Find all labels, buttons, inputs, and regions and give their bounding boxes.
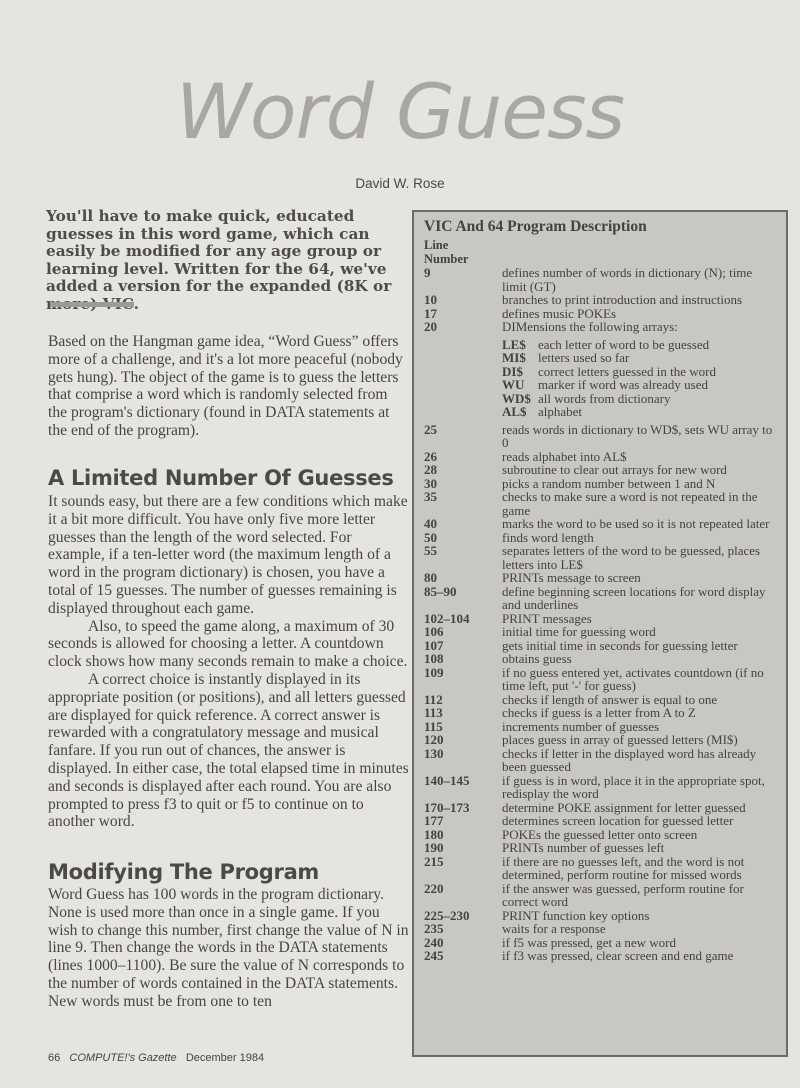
line-row: 9defines number of words in dictionary (…: [424, 266, 778, 293]
intro-text: Based on the Hangman game idea, “Word Gu…: [48, 333, 410, 440]
line-row: 235waits for a response: [424, 922, 778, 936]
line-number: 30: [424, 477, 502, 491]
line-number: 177: [424, 814, 502, 828]
line-row: 85–90define beginning screen locations f…: [424, 585, 778, 612]
line-number: 120: [424, 733, 502, 747]
line-row: 80PRINTs message to screen: [424, 571, 778, 585]
line-row: 140–145if guess is in word, place it in …: [424, 774, 778, 801]
line-description: initial time for guessing word: [502, 625, 778, 639]
line-description: POKEs the guessed letter onto screen: [502, 828, 778, 842]
line-number: 55: [424, 544, 502, 571]
line-description: if there are no guesses left, and the wo…: [502, 855, 778, 882]
array-row: WUmarker if word was already used: [424, 378, 778, 392]
line-number: 28: [424, 463, 502, 477]
program-description-sidebar: VIC And 64 Program Description Line Numb…: [412, 210, 788, 1057]
line-row: 102–104PRINT messages: [424, 612, 778, 626]
array-list: LE$each letter of word to be guessedMI$l…: [424, 338, 778, 419]
line-row: 28subroutine to clear out arrays for new…: [424, 463, 778, 477]
line-row: 35checks to make sure a word is not repe…: [424, 490, 778, 517]
line-row: 107gets initial time in seconds for gues…: [424, 639, 778, 653]
line-number: 130: [424, 747, 502, 774]
paragraph: A correct choice is instantly displayed …: [48, 671, 410, 831]
line-row: 180POKEs the guessed letter onto screen: [424, 828, 778, 842]
line-number: 235: [424, 922, 502, 936]
line-description: checks if letter in the displayed word h…: [502, 747, 778, 774]
line-row: 115increments number of guesses: [424, 720, 778, 734]
line-description: PRINT messages: [502, 612, 778, 626]
line-number: 109: [424, 666, 502, 693]
array-row: LE$each letter of word to be guessed: [424, 338, 778, 352]
line-row: 170–173determine POKE assignment for let…: [424, 801, 778, 815]
lead-divider: [50, 302, 134, 307]
line-description: checks if guess is a letter from A to Z: [502, 706, 778, 720]
line-description: if no guess entered yet, activates count…: [502, 666, 778, 693]
line-number: 50: [424, 531, 502, 545]
array-description: correct letters guessed in the word: [538, 365, 716, 379]
issue-date: December 1984: [186, 1052, 264, 1064]
line-description: defines number of words in dictionary (N…: [502, 266, 778, 293]
line-row: 109if no guess entered yet, activates co…: [424, 666, 778, 693]
section-modifying: Word Guess has 100 words in the program …: [48, 886, 410, 1011]
line-row: 120places guess in array of guessed lett…: [424, 733, 778, 747]
line-description: marks the word to be used so it is not r…: [502, 517, 778, 531]
line-description: branches to print introduction and instr…: [502, 293, 778, 307]
line-number: 245: [424, 949, 502, 963]
line-row: 55separates letters of the word to be gu…: [424, 544, 778, 571]
line-description: DIMensions the following arrays:: [502, 320, 778, 334]
line-number: 240: [424, 936, 502, 950]
line-row: 225–230PRINT function key options: [424, 909, 778, 923]
line-description: waits for a response: [502, 922, 778, 936]
array-description: alphabet: [538, 405, 582, 419]
line-row: 220if the answer was guessed, perform ro…: [424, 882, 778, 909]
array-name: LE$: [502, 338, 538, 352]
array-name: AL$: [502, 405, 538, 419]
line-description: subroutine to clear out arrays for new w…: [502, 463, 778, 477]
page-number: 66: [48, 1052, 60, 1064]
array-name: MI$: [502, 351, 538, 365]
paragraph: It sounds easy, but there are a few cond…: [48, 493, 410, 618]
article-title: Word Guess: [0, 74, 800, 150]
line-description: PRINTs number of guesses left: [502, 841, 778, 855]
array-description: marker if word was already used: [538, 378, 708, 392]
array-description: all words from dictionary: [538, 392, 671, 406]
line-description: increments number of guesses: [502, 720, 778, 734]
line-number: 112: [424, 693, 502, 707]
line-row: 215if there are no guesses left, and the…: [424, 855, 778, 882]
line-number: 115: [424, 720, 502, 734]
line-row: 26reads alphabet into AL$: [424, 450, 778, 464]
line-list-a: 9defines number of words in dictionary (…: [424, 266, 778, 334]
intro-paragraph: Based on the Hangman game idea, “Word Gu…: [48, 333, 410, 440]
line-description: define beginning screen locations for wo…: [502, 585, 778, 612]
array-row: WD$all words from dictionary: [424, 392, 778, 406]
line-number: 107: [424, 639, 502, 653]
line-description: separates letters of the word to be gues…: [502, 544, 778, 571]
line-number: 220: [424, 882, 502, 909]
line-number: 26: [424, 450, 502, 464]
line-description: obtains guess: [502, 652, 778, 666]
line-row: 245if f3 was pressed, clear screen and e…: [424, 949, 778, 963]
column-header-number: Number: [424, 252, 778, 266]
line-row: 177determines screen location for guesse…: [424, 814, 778, 828]
line-number: 10: [424, 293, 502, 307]
array-description: each letter of word to be guessed: [538, 338, 709, 352]
line-description: places guess in array of guessed letters…: [502, 733, 778, 747]
line-row: 20DIMensions the following arrays:: [424, 320, 778, 334]
line-description: finds word length: [502, 531, 778, 545]
line-description: if f3 was pressed, clear screen and end …: [502, 949, 778, 963]
line-number: 85–90: [424, 585, 502, 612]
line-number: 190: [424, 841, 502, 855]
line-row: 190PRINTs number of guesses left: [424, 841, 778, 855]
line-number: 80: [424, 571, 502, 585]
article-lead: You'll have to make quick, educated gues…: [46, 208, 406, 313]
line-number: 113: [424, 706, 502, 720]
line-number: 140–145: [424, 774, 502, 801]
array-description: letters used so far: [538, 351, 629, 365]
line-description: if guess is in word, place it in the app…: [502, 774, 778, 801]
paragraph: Word Guess has 100 words in the program …: [48, 886, 410, 1011]
line-number: 40: [424, 517, 502, 531]
sidebar-title: VIC And 64 Program Description: [424, 218, 778, 236]
line-description: reads alphabet into AL$: [502, 450, 778, 464]
line-description: PRINT function key options: [502, 909, 778, 923]
line-description: PRINTs message to screen: [502, 571, 778, 585]
line-description: checks if length of answer is equal to o…: [502, 693, 778, 707]
publication-name: COMPUTE!'s Gazette: [69, 1052, 176, 1064]
line-number: 180: [424, 828, 502, 842]
line-description: determines screen location for guessed l…: [502, 814, 778, 828]
array-row: DI$correct letters guessed in the word: [424, 365, 778, 379]
section-limited-guesses: It sounds easy, but there are a few cond…: [48, 493, 410, 831]
line-number: 106: [424, 625, 502, 639]
line-number: 35: [424, 490, 502, 517]
line-description: reads words in dictionary to WD$, sets W…: [502, 423, 778, 450]
line-row: 112checks if length of answer is equal t…: [424, 693, 778, 707]
line-row: 113checks if guess is a letter from A to…: [424, 706, 778, 720]
line-number: 225–230: [424, 909, 502, 923]
array-name: DI$: [502, 365, 538, 379]
paragraph: Also, to speed the game along, a maximum…: [48, 618, 410, 671]
line-row: 108obtains guess: [424, 652, 778, 666]
array-row: MI$letters used so far: [424, 351, 778, 365]
line-number: 9: [424, 266, 502, 293]
column-header-line: Line: [424, 238, 778, 252]
line-row: 240if f5 was pressed, get a new word: [424, 936, 778, 950]
line-number: 108: [424, 652, 502, 666]
section-heading-limited-guesses: A Limited Number Of Guesses: [48, 466, 394, 490]
line-row: 17defines music POKEs: [424, 307, 778, 321]
line-description: picks a random number between 1 and N: [502, 477, 778, 491]
array-name: WU: [502, 378, 538, 392]
line-number: 170–173: [424, 801, 502, 815]
line-description: defines music POKEs: [502, 307, 778, 321]
line-number: 25: [424, 423, 502, 450]
line-number: 20: [424, 320, 502, 334]
line-row: 40marks the word to be used so it is not…: [424, 517, 778, 531]
line-number: 17: [424, 307, 502, 321]
array-row: AL$alphabet: [424, 405, 778, 419]
line-list-b: 25reads words in dictionary to WD$, sets…: [424, 423, 778, 963]
line-description: checks to make sure a word is not repeat…: [502, 490, 778, 517]
array-name: WD$: [502, 392, 538, 406]
line-row: 25reads words in dictionary to WD$, sets…: [424, 423, 778, 450]
article-author: David W. Rose: [0, 176, 800, 191]
line-number: 215: [424, 855, 502, 882]
line-description: gets initial time in seconds for guessin…: [502, 639, 778, 653]
line-description: determine POKE assignment for letter gue…: [502, 801, 778, 815]
line-description: if the answer was guessed, perform routi…: [502, 882, 778, 909]
line-row: 30picks a random number between 1 and N: [424, 477, 778, 491]
line-row: 10branches to print introduction and ins…: [424, 293, 778, 307]
line-row: 130checks if letter in the displayed wor…: [424, 747, 778, 774]
line-description: if f5 was pressed, get a new word: [502, 936, 778, 950]
page-footer: 66 COMPUTE!'s Gazette December 1984: [48, 1052, 264, 1064]
line-row: 106initial time for guessing word: [424, 625, 778, 639]
section-heading-modifying: Modifying The Program: [48, 860, 319, 884]
line-row: 50finds word length: [424, 531, 778, 545]
line-number: 102–104: [424, 612, 502, 626]
